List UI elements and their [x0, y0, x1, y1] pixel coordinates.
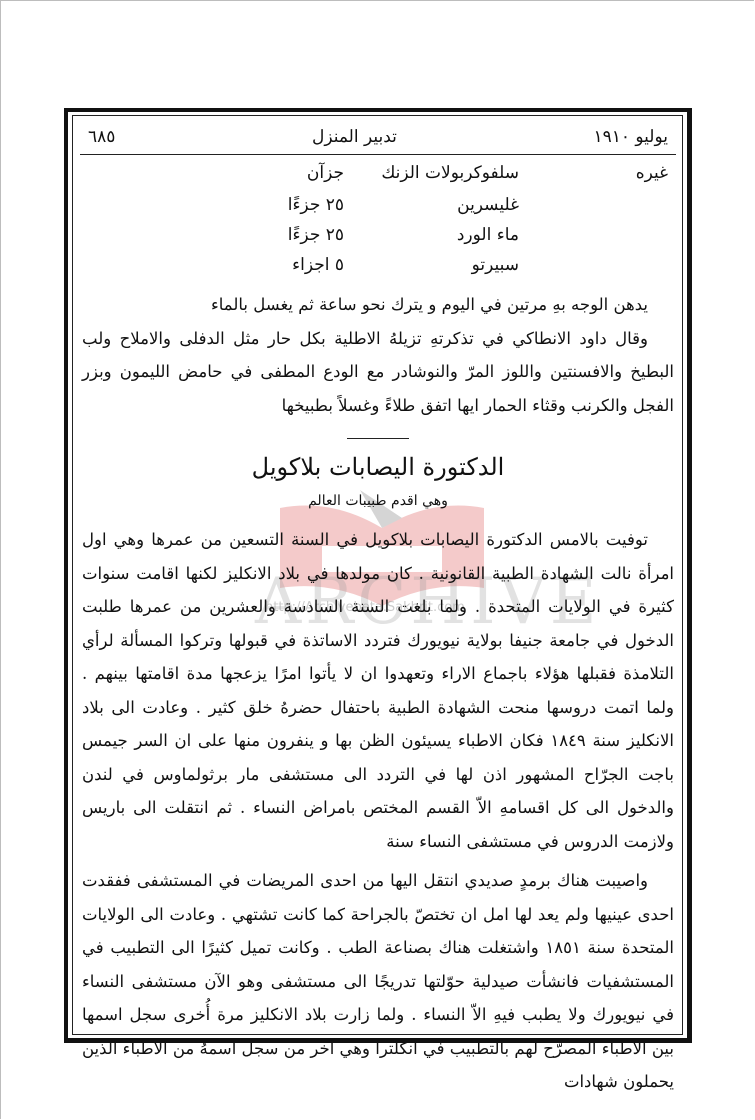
running-head: يوليو ١٩١٠ تدبير المنزل ٦٨٥: [82, 120, 674, 154]
recipe-item-name: سلفوكربولات الزنك: [381, 163, 519, 183]
paragraph: وقال داود الانطاكي في تذكرتهِ تزيلهُ الا…: [82, 322, 674, 423]
paragraph: يدهن الوجه بهِ مرتين في اليوم و يترك نحو…: [82, 288, 674, 322]
article-subtitle: وهي اقدم طبيبات العالم: [82, 493, 674, 509]
article-paragraph: واصيبت هناك برمدٍ صديدي انتقل اليها من ا…: [82, 864, 674, 1099]
recipe-item-qty: جزآن: [307, 163, 344, 183]
recipe-item-name: غليسرين: [457, 195, 519, 215]
page-number: ٦٨٥: [88, 127, 115, 147]
article-title: الدكتورة اليصابات بلاكويل: [82, 453, 674, 481]
section-title: تدبير المنزل: [312, 127, 397, 147]
recipe-item-qty: ٥ اجزاء: [292, 255, 344, 275]
issue-date: يوليو ١٩١٠: [593, 127, 668, 147]
recipe-item-qty: ٢٥ جزءًا: [288, 225, 344, 245]
section-separator: [347, 438, 409, 439]
article-paragraph: توفيت بالامس الدكتورة اليصابات بلاكويل ف…: [82, 523, 674, 858]
recipe-list: غيره سلفوكربولات الزنك جزآن غليسرين ٢٥ ج…: [82, 155, 674, 280]
recipe-item-qty: ٢٥ جزءًا: [288, 195, 344, 215]
recipe-item-name: ماء الورد: [457, 225, 519, 245]
recipe-item-name: سبيرتو: [472, 255, 519, 275]
page-content: يوليو ١٩١٠ تدبير المنزل ٦٨٥ غيره سلفوكرب…: [82, 120, 674, 1099]
recipe-lead: غيره: [636, 163, 668, 183]
